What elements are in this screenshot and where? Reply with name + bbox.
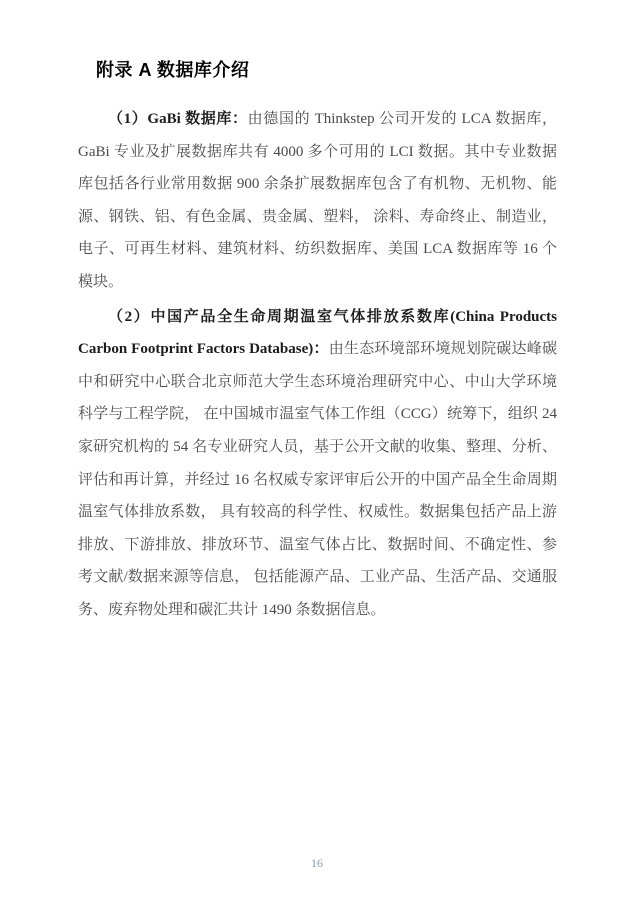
document-body: （1）GaBi 数据库：由德国的 Thinkstep 公司开发的 LCA 数据库…: [78, 103, 557, 627]
paragraph: （1）GaBi 数据库：由德国的 Thinkstep 公司开发的 LCA 数据库…: [78, 103, 557, 299]
text-run: 由生态环境部环境规划院碳达峰碳中和研究中心联合北京师范大学生态环境治理研究中心、…: [78, 341, 557, 618]
page-number: 16: [0, 855, 634, 871]
bold-text-run: （1）GaBi 数据库：: [108, 111, 248, 127]
paragraph: （2）中国产品全生命周期温室气体排放系数库(China Products Car…: [78, 301, 557, 627]
text-run: 由德国的 Thinkstep 公司开发的 LCA 数据库， GaBi 专业及扩展…: [78, 111, 557, 290]
document-page: 附录 A 数据库介绍 （1）GaBi 数据库：由德国的 Thinkstep 公司…: [0, 0, 634, 920]
section-heading: 附录 A 数据库介绍: [96, 58, 249, 82]
